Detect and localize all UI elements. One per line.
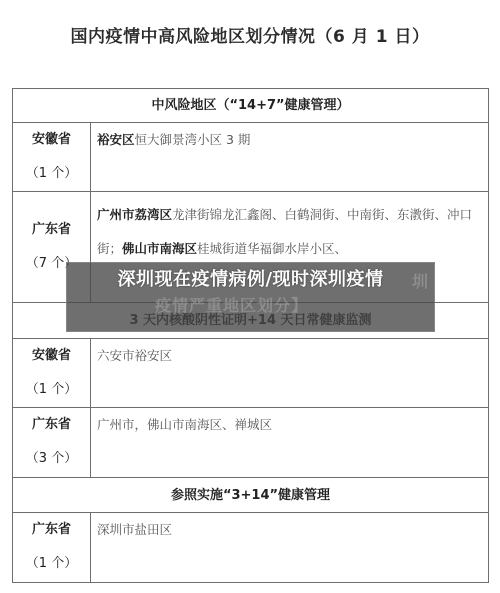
areas-cell: 裕安区恒大御景湾小区 3 期 — [91, 123, 489, 192]
province-count: （1 个） — [13, 547, 90, 581]
province-name: 安徽省 — [13, 123, 90, 157]
province-count: （1 个） — [13, 373, 90, 407]
province-cell: 安徽省 （1 个） — [13, 123, 91, 192]
province-cell: 安徽省 （1 个） — [13, 339, 91, 408]
area-detail: 桂城街道华福御水岸小区、 — [197, 241, 347, 256]
area-district: 裕安区 — [97, 132, 135, 147]
section-heading-health-management: 参照实施“3+14”健康管理 — [13, 478, 489, 513]
province-name: 安徽省 — [13, 339, 90, 373]
overlay-ghost-text: 疫情严重地区划分】 — [155, 293, 308, 316]
table-row: 安徽省 （1 个） 六安市裕安区 — [13, 339, 489, 408]
province-name: 广东省 — [13, 213, 90, 247]
area-city-district: 佛山市南海区 — [122, 241, 197, 256]
areas-cell: 深圳市盐田区 — [91, 513, 489, 583]
section-heading-medium-risk: 中风险地区（“14+7”健康管理） — [13, 89, 489, 123]
province-count: （1 个） — [13, 157, 90, 191]
area-detail: 恒大御景湾小区 3 期 — [135, 132, 251, 147]
province-count: （3 个） — [13, 442, 90, 476]
risk-area-table: 中风险地区（“14+7”健康管理） 安徽省 （1 个） 裕安区恒大御景湾小区 3… — [12, 88, 489, 583]
table-row: 广东省 （3 个） 广州市，佛山市南海区、禅城区 — [13, 408, 489, 478]
table-row: 安徽省 （1 个） 裕安区恒大御景湾小区 3 期 — [13, 123, 489, 192]
headline-overlay: 疫情严重地区划分】 圳 深圳现在疫情病例/现时深圳疫情 — [66, 262, 435, 332]
areas-cell: 六安市裕安区 — [91, 339, 489, 408]
overlay-headline: 深圳现在疫情病例/现时深圳疫情 — [67, 267, 434, 293]
area-city-district: 广州市荔湾区 — [97, 207, 172, 222]
section-heading-row: 参照实施“3+14”健康管理 — [13, 478, 489, 513]
province-cell: 广东省 （3 个） — [13, 408, 91, 478]
province-cell: 广东省 （1 个） — [13, 513, 91, 583]
areas-cell: 广州市，佛山市南海区、禅城区 — [91, 408, 489, 478]
document-title: 国内疫情中高风险地区划分情况（6 月 1 日） — [0, 22, 500, 47]
section-heading-row: 中风险地区（“14+7”健康管理） — [13, 89, 489, 123]
province-name: 广东省 — [13, 513, 90, 547]
province-name: 广东省 — [13, 408, 90, 442]
table-row: 广东省 （1 个） 深圳市盐田区 — [13, 513, 489, 583]
